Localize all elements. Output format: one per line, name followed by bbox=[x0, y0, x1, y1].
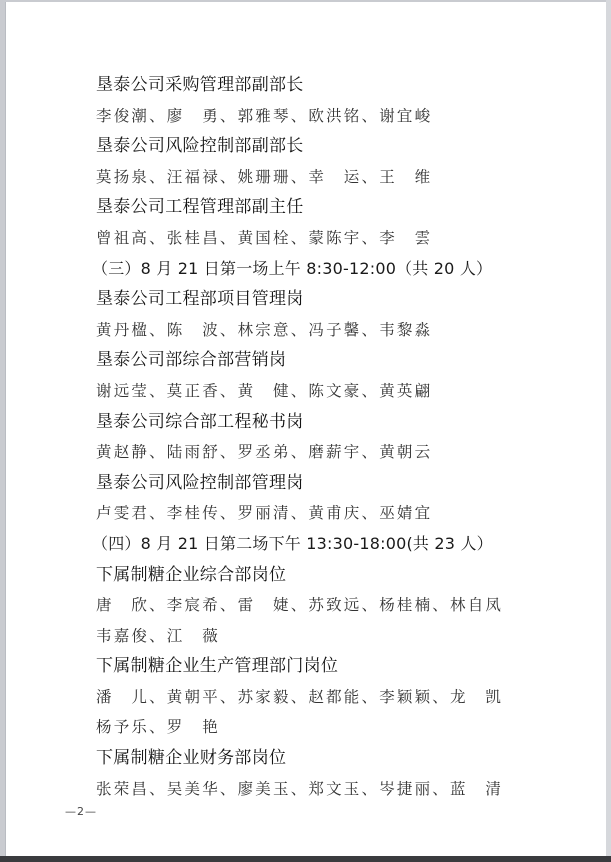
page-number: —2— bbox=[65, 805, 97, 818]
position-heading: 垦泰公司采购管理部副部长 bbox=[96, 70, 516, 101]
document-page: 垦泰公司采购管理部副部长 李俊潮、廖 勇、郭雅琴、欧洪铭、谢宜峻 垦泰公司风险控… bbox=[5, 2, 607, 856]
candidate-names: 潘 儿、黄朝平、苏家毅、赵都能、李颖颖、龙 凯 bbox=[96, 682, 516, 713]
position-heading: 下属制糖企业综合部岗位 bbox=[96, 560, 516, 591]
candidate-names: 杨予乐、罗 艳 bbox=[96, 712, 516, 743]
candidate-names: 韦嘉俊、江 薇 bbox=[96, 621, 516, 652]
candidate-names: 谢远莹、莫正香、黄 健、陈文豪、黄英翩 bbox=[96, 376, 516, 407]
session-heading: （四）8 月 21 日第二场下午 13:30-18:00(共 23 人） bbox=[92, 529, 516, 560]
candidate-names: 卢雯君、李桂传、罗丽清、黄甫庆、巫婧宜 bbox=[96, 498, 516, 529]
candidate-names: 黄赵静、陆雨舒、罗丞弟、磨薪宇、黄朝云 bbox=[96, 437, 516, 468]
candidate-names: 黄丹楹、陈 波、林宗意、冯子馨、韦黎淼 bbox=[96, 315, 516, 346]
document-content: 垦泰公司采购管理部副部长 李俊潮、廖 勇、郭雅琴、欧洪铭、谢宜峻 垦泰公司风险控… bbox=[96, 70, 516, 804]
position-heading: 垦泰公司部综合部营销岗 bbox=[96, 345, 516, 376]
candidate-names: 莫扬泉、汪福禄、姚珊珊、幸 运、王 维 bbox=[96, 162, 516, 193]
position-heading: 垦泰公司风险控制部管理岗 bbox=[96, 468, 516, 499]
candidate-names: 李俊潮、廖 勇、郭雅琴、欧洪铭、谢宜峻 bbox=[96, 101, 516, 132]
position-heading: 垦泰公司工程部项目管理岗 bbox=[96, 284, 516, 315]
position-heading: 垦泰公司风险控制部副部长 bbox=[96, 131, 516, 162]
position-heading: 垦泰公司综合部工程秘书岗 bbox=[96, 407, 516, 438]
candidate-names: 唐 欣、李宸希、雷 婕、苏致远、杨桂楠、林自凤 bbox=[96, 590, 516, 621]
candidate-names: 曾祖高、张桂昌、黄国栓、蒙陈宇、李 雲 bbox=[96, 223, 516, 254]
position-heading: 下属制糖企业生产管理部门岗位 bbox=[96, 651, 516, 682]
bottom-border bbox=[0, 856, 611, 862]
position-heading: 垦泰公司工程管理部副主任 bbox=[96, 192, 516, 223]
page-edge-shadow bbox=[606, 0, 611, 856]
session-heading: （三）8 月 21 日第一场上午 8:30-12:00（共 20 人） bbox=[92, 254, 516, 285]
candidate-names: 张荣昌、吴美华、廖美玉、郑文玉、岑捷丽、蓝 清 bbox=[96, 774, 516, 805]
position-heading: 下属制糖企业财务部岗位 bbox=[96, 743, 516, 774]
